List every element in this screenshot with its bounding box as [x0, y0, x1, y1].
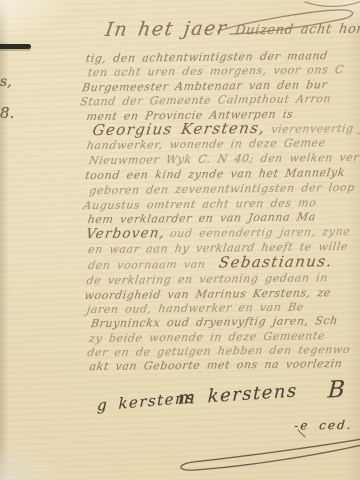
text-line: de verklaring en vertoning gedaan in — [86, 272, 329, 286]
text-after-name: vierenveertig ja — [270, 122, 360, 136]
signature-b-initial: B — [327, 377, 347, 404]
opening-lead-words: In het jaer — [104, 17, 229, 41]
text-line: zy beide wonende in deze Gemeente — [88, 330, 325, 344]
text-line-verboven: Verboven,oud eenendertig jaren, zyne — [85, 225, 351, 242]
text-line: akt van Geboorte met ons na voorlezin — [89, 358, 344, 372]
text-after-name: oud eenendertig jaren, zyne — [169, 225, 351, 240]
text-line: tig, den achtentwintigsten der maand — [85, 50, 329, 64]
document-scan: s, 8. In het jaerDuizend acht honderd ti… — [0, 0, 360, 480]
opening-line: In het jaerDuizend acht honderd — [104, 17, 360, 40]
text-line: handwerker, wonende in deze Gemee — [86, 137, 327, 151]
pen-flourish-bottom — [170, 428, 360, 480]
text-before-name: den voornaam van — [87, 258, 206, 272]
name-georgius-kerstens: Georgius Kerstens, — [91, 119, 266, 139]
text-line: jaren oud, handwerker en van Be — [86, 301, 305, 315]
text-line: toond een kind zynde van het Mannelyk — [84, 167, 345, 181]
text-line: Augustus omtrent acht uren des mo — [83, 197, 317, 211]
text-line: woordigheid van Marinus Kerstens, ze — [84, 287, 332, 301]
text-line: hem verklaarder en van Joanna Ma — [87, 211, 317, 225]
text-line: Stand der Gemeente Calmpthout Arron — [79, 93, 332, 107]
name-sebastianus: Sebastianus. — [218, 252, 334, 271]
opening-rest-words: Duizend acht honderd — [234, 21, 360, 38]
name-verboven: Verboven, — [85, 225, 166, 242]
text-line-sebastianus: den voornaam van Sebastianus. — [87, 254, 340, 272]
signature-m-kerstens: m kerstens — [178, 380, 299, 409]
handwritten-text-block: In het jaerDuizend acht honderd tig, den… — [0, 0, 360, 480]
text-line: Nieuwmoer Wyk C. N 40; den welken ver — [88, 152, 360, 166]
text-line: ten acht uren des morgens, voor ons C — [87, 64, 345, 78]
text-line: Burgemeester Ambtenaar van den bur — [81, 79, 328, 93]
text-line: geboren den zevenentwintigsten der loop — [89, 182, 356, 196]
text-line: Bruyninckx oud dryenvyftig jaren, Sch — [90, 315, 339, 329]
text-line: der en de getuigen hebben den tegenwo — [87, 344, 351, 358]
